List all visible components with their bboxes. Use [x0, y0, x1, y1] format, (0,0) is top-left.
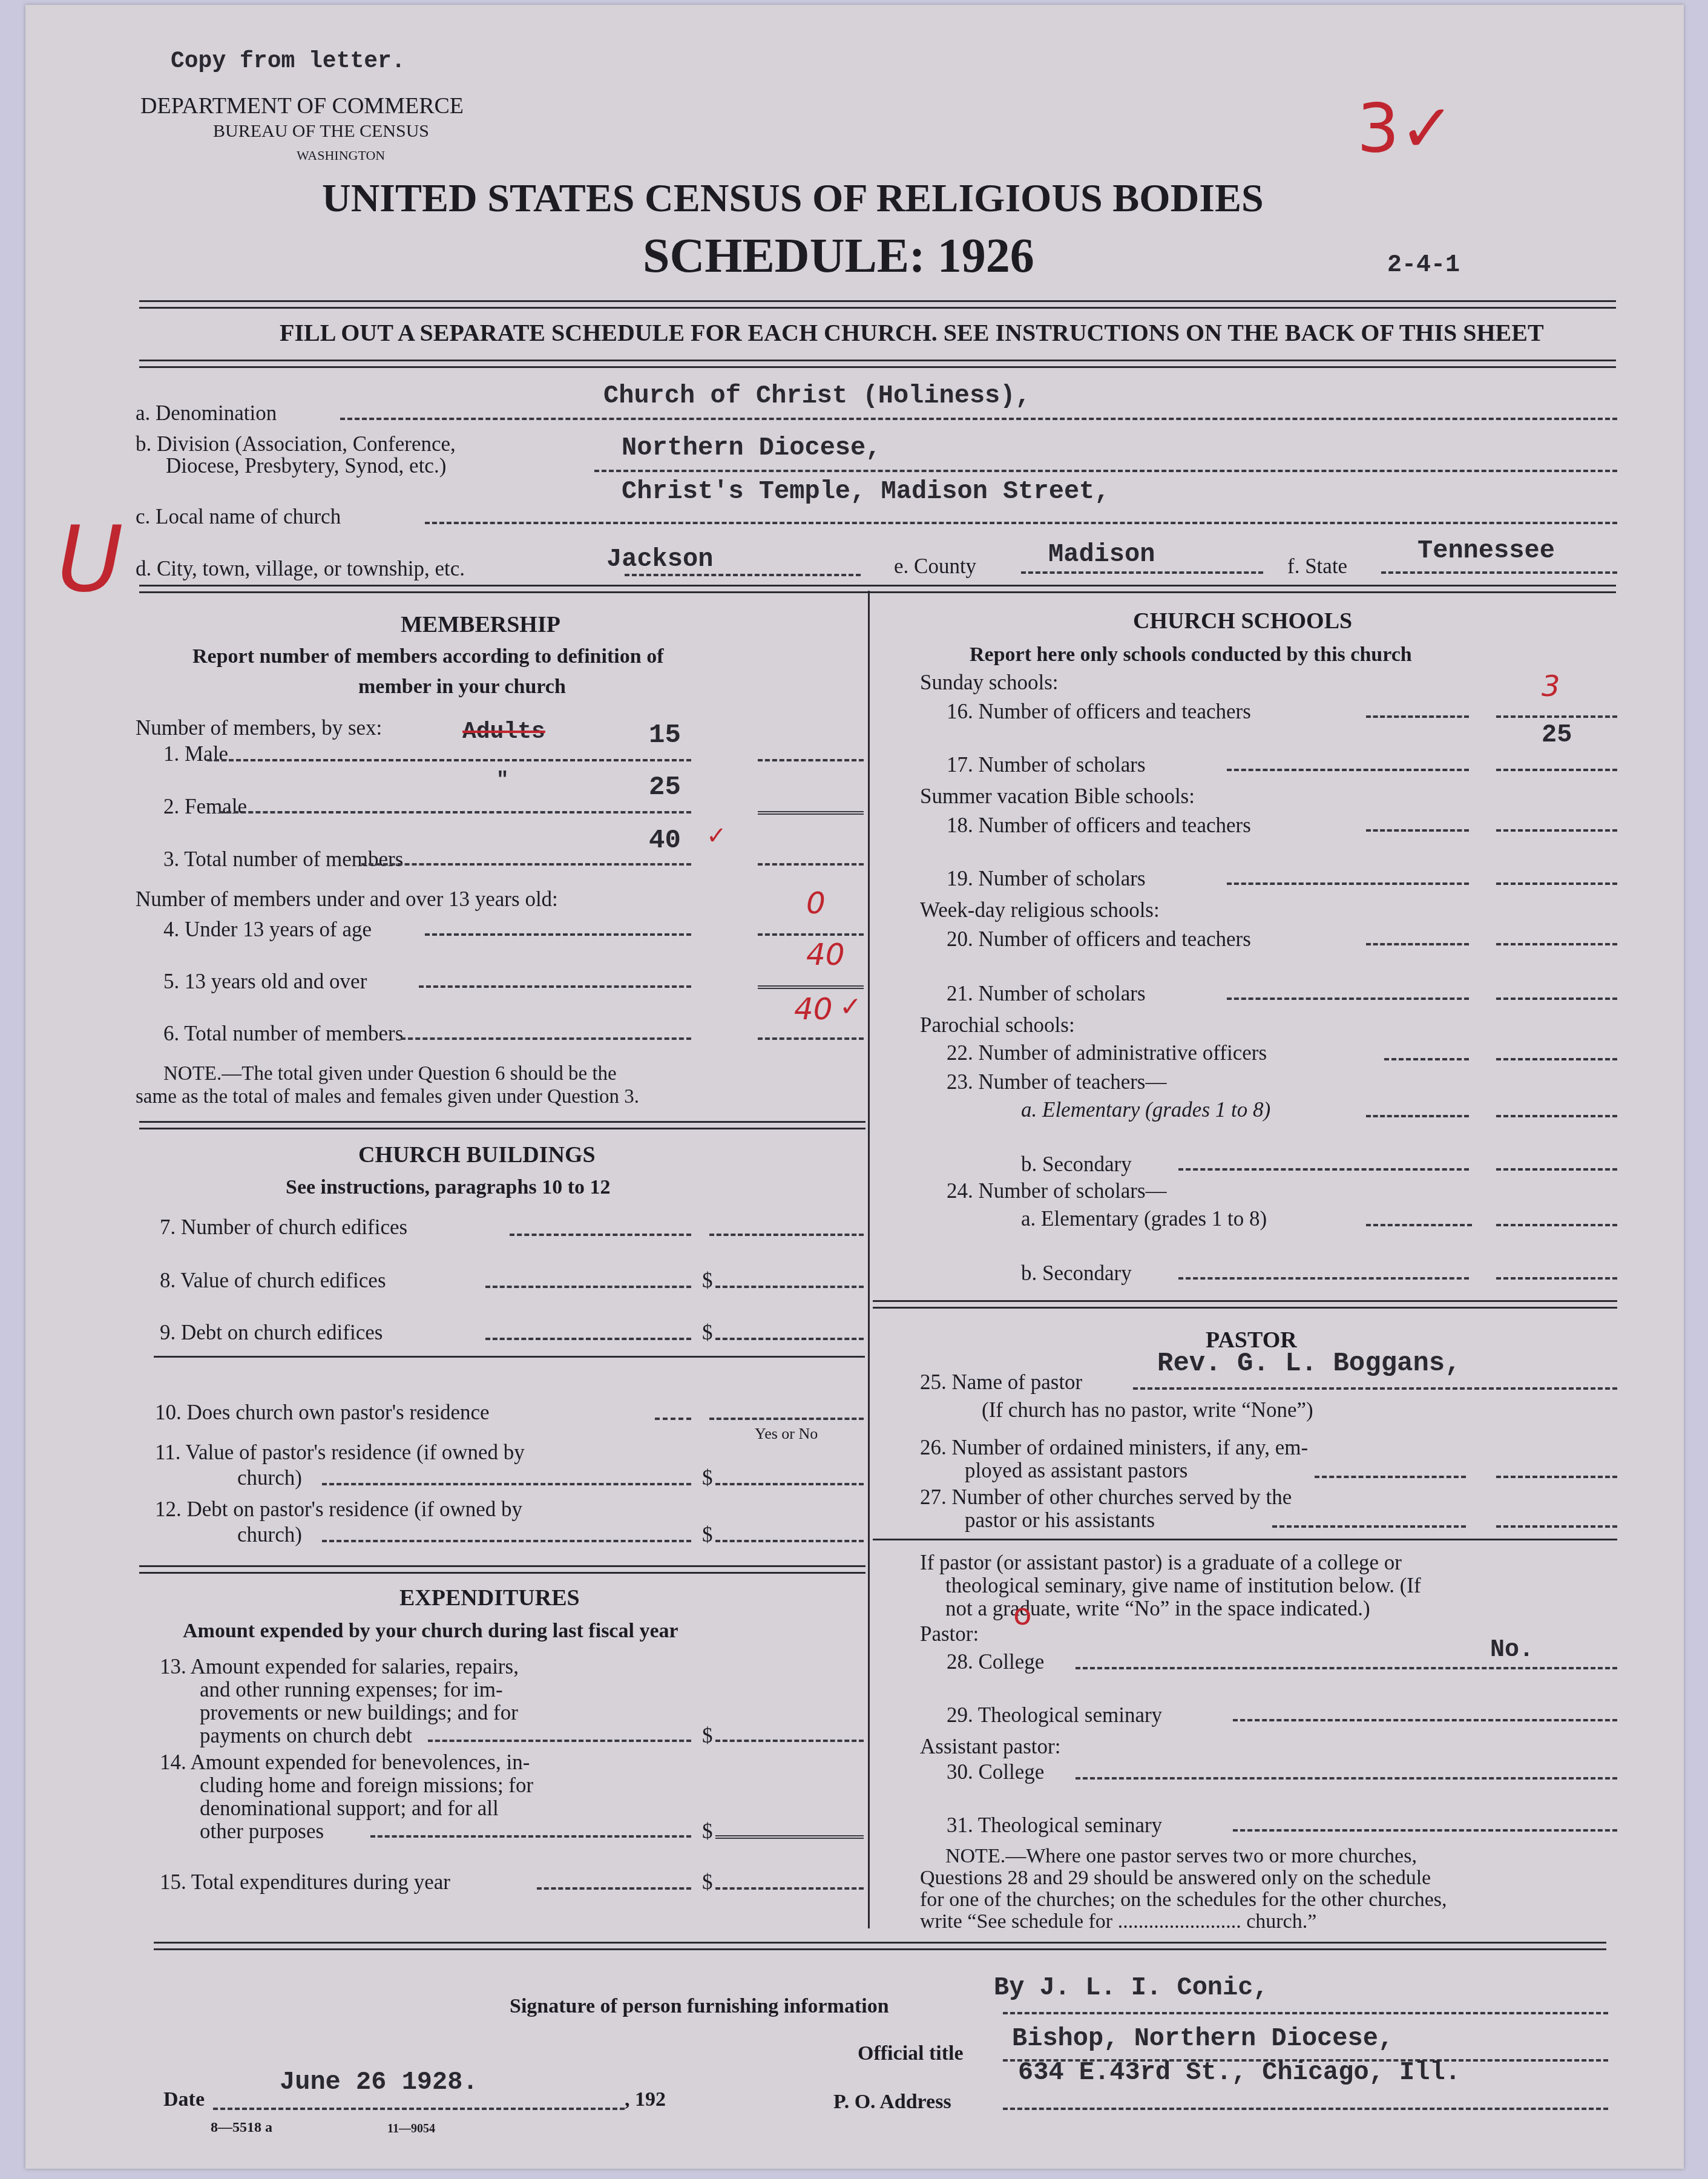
q18-label: 18. Number of officers and teachers — [947, 813, 1251, 838]
denomination-value: Church of Christ (Holiness), — [603, 381, 1031, 410]
residence-value-line — [322, 1483, 691, 1485]
residence-debt-dollar: $ — [702, 1523, 713, 1547]
q22-line — [1384, 1058, 1469, 1060]
division-label-1: b. Division (Association, Conference, — [136, 432, 456, 456]
over13-answer-line — [758, 985, 864, 989]
q26-answer-line — [1496, 1476, 1617, 1478]
under13-label: 4. Under 13 years of age — [163, 918, 372, 942]
graduate-instruction-1: If pastor (or assistant pastor) is a gra… — [920, 1551, 1402, 1575]
q20-line — [1366, 943, 1469, 945]
male-line — [207, 759, 691, 761]
q14-answer-line — [715, 1835, 864, 1839]
membership-title: MEMBERSHIP — [401, 611, 560, 638]
residence-debt-line — [322, 1540, 691, 1542]
struck-adults-word: Adults — [462, 719, 545, 745]
pastor-name-value: Rev. G. L. Boggans, — [1157, 1349, 1461, 1379]
q15-line — [537, 1887, 691, 1890]
edifices-value-dollar: $ — [702, 1269, 713, 1293]
q14-dollar: $ — [702, 1819, 713, 1844]
male-label: 1. Male — [163, 742, 228, 766]
q24-label: 24. Number of scholars— — [947, 1179, 1167, 1203]
residence-value-label-2: church) — [237, 1466, 302, 1490]
census-schedule-page: Copy from letter. DEPARTMENT OF COMMERCE… — [25, 5, 1684, 2169]
q23b-label: b. Secondary — [1021, 1152, 1132, 1177]
identification-divider — [139, 585, 1616, 593]
q21-answer-line — [1496, 997, 1617, 1000]
q23-label: 23. Number of teachers— — [947, 1070, 1166, 1094]
assistant-subheading: Assistant pastor: — [920, 1735, 1060, 1759]
q16-line — [1366, 715, 1469, 718]
form-title: UNITED STATES CENSUS OF RELIGIOUS BODIES — [322, 176, 1264, 222]
q13-line-2: and other running expenses; for im- — [200, 1678, 503, 1702]
q24a-label: a. Elementary (grades 1 to 8) — [1021, 1207, 1267, 1231]
residence-own-label: 10. Does church own pastor's residence — [155, 1401, 490, 1425]
q28-label: 28. College — [947, 1650, 1044, 1674]
total2-answer-line — [758, 1037, 864, 1040]
county-value: Madison — [1048, 540, 1155, 569]
female-label: 2. Female — [163, 795, 247, 819]
over13-label: 5. 13 years old and over — [163, 970, 367, 994]
total2-check-icon: ✓ — [839, 991, 862, 1022]
q14-line — [370, 1835, 691, 1838]
male-value: 15 — [649, 720, 681, 751]
under13-value: 0 — [806, 886, 826, 921]
membership-note-1: NOTE.—The total given under Question 6 s… — [163, 1063, 617, 1085]
q14-line-1: 14. Amount expended for benevolences, in… — [160, 1750, 530, 1775]
membership-note-2: same as the total of males and females g… — [136, 1086, 639, 1108]
q18-answer-line — [1496, 829, 1617, 832]
schools-subtitle: Report here only schools conducted by th… — [970, 643, 1412, 666]
sunday-schools-label: Sunday schools: — [920, 671, 1058, 695]
q17-answer-line — [1496, 769, 1617, 771]
weekday-schools-label: Week-day religious schools: — [920, 898, 1160, 922]
edifices-value-line — [485, 1286, 691, 1288]
graduate-instruction-3: not a graduate, write “No” in the space … — [945, 1597, 1370, 1621]
edifices-count-answer-line — [709, 1234, 864, 1236]
buildings-subtitle: See instructions, paragraphs 10 to 12 — [286, 1176, 610, 1199]
q22-label: 22. Number of administrative officers — [947, 1041, 1267, 1065]
pastor-note-2: Questions 28 and 29 should be answered o… — [920, 1867, 1431, 1890]
yes-no-hint: Yes or No — [755, 1425, 818, 1443]
q23a-answer-line — [1496, 1115, 1617, 1117]
city-value: Jackson — [606, 545, 713, 574]
date-year-prefix: , 192 — [625, 2088, 666, 2111]
q16-label: 16. Number of officers and teachers — [947, 700, 1251, 724]
red-circle-mark: o — [1013, 1597, 1032, 1632]
schools-divider — [873, 1300, 1617, 1309]
signature-value: By J. L. I. Conic, — [994, 1973, 1269, 2002]
official-title-value: Bishop, Northern Diocese, — [1012, 2024, 1393, 2053]
q27-answer-line — [1496, 1525, 1617, 1528]
po-address-value: 634 E.43rd St., Chicago, Ill. — [1018, 2058, 1460, 2087]
q14-line-4: other purposes — [200, 1819, 324, 1844]
division-line — [594, 470, 1617, 472]
total-answer-line — [758, 863, 864, 866]
schedule-year: SCHEDULE: 1926 — [643, 229, 1034, 284]
edifices-value-label: 8. Value of church edifices — [160, 1269, 386, 1293]
date-line — [213, 2108, 625, 2110]
margin-mark: U — [57, 507, 123, 613]
pastor-note-1: NOTE.—Where one pastor serves two or mor… — [945, 1845, 1417, 1868]
copy-note: Copy from letter. — [171, 48, 406, 74]
city-name: WASHINGTON — [297, 148, 385, 163]
q30-label: 30. College — [947, 1760, 1044, 1784]
q27-label-1: 27. Number of other churches served by t… — [920, 1485, 1292, 1510]
q26-label-1: 26. Number of ordained ministers, if any… — [920, 1436, 1308, 1460]
q24b-answer-line — [1496, 1277, 1617, 1280]
q15-answer-line — [715, 1887, 864, 1890]
membership-subtitle-2: member in your church — [358, 675, 566, 698]
total-line — [361, 863, 691, 866]
pastor-subheading: Pastor: — [920, 1622, 979, 1646]
local-name-label: c. Local name of church — [136, 505, 341, 529]
q28-line — [1076, 1667, 1617, 1669]
edifices-count-line — [510, 1234, 691, 1236]
ditto-mark: " — [496, 769, 508, 792]
residence-value-dollar: $ — [702, 1466, 713, 1490]
parochial-schools-label: Parochial schools: — [920, 1013, 1075, 1037]
edifices-debt-answer-line — [715, 1338, 864, 1340]
pastor-name-label: 25. Name of pastor — [920, 1370, 1082, 1395]
q27-label-2: pastor or his assistants — [965, 1508, 1155, 1533]
total2-value: 40 — [794, 991, 833, 1027]
q13-answer-line — [715, 1740, 864, 1742]
q23a-label: a. Elementary (grades 1 to 8) — [1021, 1098, 1270, 1122]
county-label: e. County — [894, 554, 976, 579]
under13-line — [425, 933, 691, 936]
q13-dollar: $ — [702, 1724, 713, 1748]
q24a-line — [1366, 1224, 1472, 1226]
q23a-line — [1366, 1115, 1469, 1117]
total-label: 3. Total number of members — [163, 847, 403, 872]
q16-value: 3 — [1542, 669, 1560, 703]
q19-line — [1227, 882, 1469, 885]
membership-divider — [139, 1121, 865, 1129]
print-number: 11—9054 — [387, 2122, 435, 2136]
q17-line — [1227, 769, 1469, 771]
q13-line-4: payments on church debt — [200, 1724, 412, 1748]
q24b-label: b. Secondary — [1021, 1261, 1132, 1286]
local-name-value: Christ's Temple, Madison Street, — [622, 477, 1110, 506]
banner-divider — [139, 360, 1616, 368]
division-value: Northern Diocese, — [622, 433, 881, 462]
buildings-title: CHURCH BUILDINGS — [358, 1142, 596, 1168]
edifices-debt-label: 9. Debt on church edifices — [160, 1321, 383, 1345]
expenditures-subtitle: Amount expended by your church during la… — [183, 1620, 678, 1643]
local-name-line — [425, 522, 1617, 524]
residence-own-answer-line — [709, 1418, 864, 1420]
division-label-2: Diocese, Presbytery, Synod, etc.) — [166, 454, 446, 478]
under13-answer-line — [758, 933, 864, 936]
total2-line — [401, 1037, 691, 1040]
state-label: f. State — [1287, 554, 1347, 579]
schools-title: CHURCH SCHOOLS — [1133, 608, 1352, 634]
buildings-inner-divider — [154, 1356, 865, 1358]
female-value: 25 — [649, 772, 681, 803]
q30-line — [1076, 1777, 1617, 1780]
q31-line — [1233, 1829, 1617, 1832]
residence-debt-label-2: church) — [237, 1523, 302, 1547]
expenditures-title: EXPENDITURES — [399, 1585, 580, 1611]
denomination-line — [340, 418, 1617, 420]
q29-line — [1233, 1719, 1617, 1721]
q19-label: 19. Number of scholars — [947, 867, 1146, 891]
q26-line — [1315, 1476, 1466, 1478]
q20-label: 20. Number of officers and teachers — [947, 927, 1251, 951]
edifices-debt-dollar: $ — [702, 1321, 713, 1345]
residence-own-line — [655, 1418, 691, 1420]
q17-value: 25 — [1542, 720, 1572, 749]
female-answer-line — [758, 811, 864, 815]
residence-debt-answer-line — [715, 1540, 864, 1542]
male-answer-line — [758, 759, 864, 761]
q23b-answer-line — [1496, 1168, 1617, 1171]
total2-label: 6. Total number of members — [163, 1022, 403, 1046]
official-title-label: Official title — [858, 2042, 964, 2065]
date-value: June 26 1928. — [280, 2068, 478, 2097]
city-label: d. City, town, village, or township, etc… — [136, 557, 465, 581]
edifices-debt-line — [485, 1338, 691, 1340]
by-sex-label: Number of members, by sex: — [136, 716, 382, 740]
denomination-label: a. Denomination — [136, 401, 277, 426]
state-value: Tennessee — [1417, 536, 1555, 565]
po-address-line — [1003, 2108, 1608, 2110]
q29-label: 29. Theological seminary — [947, 1703, 1162, 1727]
q28-value: No. — [1490, 1637, 1534, 1664]
instruction-banner: FILL OUT A SEPARATE SCHEDULE FOR EACH CH… — [280, 318, 1544, 347]
pastor-note-3: for one of the churches; on the schedule… — [920, 1888, 1447, 1911]
total-value: 40 — [649, 826, 681, 856]
q18-line — [1366, 829, 1469, 832]
membership-subtitle-1: Report number of members according to de… — [192, 645, 663, 668]
pastor-divider — [873, 1539, 1617, 1540]
state-line — [1381, 571, 1617, 574]
bureau-name: BUREAU OF THE CENSUS — [213, 121, 429, 142]
q13-line-3: provements or new buildings; and for — [200, 1701, 518, 1725]
q15-dollar: $ — [702, 1870, 713, 1895]
residence-debt-label-1: 12. Debt on pastor's residence (if owned… — [155, 1497, 522, 1522]
date-label: Date — [163, 2088, 205, 2111]
edifices-value-answer-line — [715, 1286, 864, 1288]
q13-line-1: 13. Amount expended for salaries, repair… — [160, 1655, 519, 1679]
pastor-name-line — [1133, 1387, 1617, 1390]
county-line — [1021, 571, 1263, 574]
signature-label: Signature of person furnishing informati… — [510, 1995, 889, 2018]
total-check-icon: ✓ — [706, 822, 727, 850]
q22-answer-line — [1496, 1058, 1617, 1060]
form-code: 2-4-1 — [1387, 252, 1460, 279]
footer-divider — [154, 1942, 1606, 1950]
q23b-line — [1178, 1168, 1469, 1171]
q27-line — [1272, 1525, 1466, 1528]
over13-value: 40 — [806, 937, 845, 972]
q21-line — [1227, 997, 1469, 1000]
po-address-label: P. O. Address — [833, 2091, 951, 2114]
summer-schools-label: Summer vacation Bible schools: — [920, 784, 1195, 809]
department-name: DEPARTMENT OF COMMERCE — [140, 93, 464, 119]
edifices-count-label: 7. Number of church edifices — [160, 1215, 407, 1240]
q16-answer-line — [1496, 715, 1617, 718]
age-label: Number of members under and over 13 year… — [136, 887, 558, 912]
pastor-note-4: write “See schedule for ................… — [920, 1910, 1316, 1933]
pastor-name-hint: (If church has no pastor, write “None”) — [982, 1398, 1313, 1422]
form-number: 8—5518 a — [211, 2120, 272, 2136]
q26-label-2: ployed as assistant pastors — [965, 1459, 1187, 1483]
buildings-divider — [139, 1565, 865, 1574]
q14-line-3: denominational support; and for all — [200, 1796, 499, 1821]
q20-answer-line — [1496, 943, 1617, 945]
female-line — [219, 811, 691, 813]
q13-line — [428, 1740, 691, 1742]
residence-value-answer-line — [715, 1483, 864, 1485]
column-divider — [868, 591, 870, 1928]
q14-line-2: cluding home and foreign missions; for — [200, 1773, 533, 1798]
residence-value-label-1: 11. Value of pastor's residence (if owne… — [155, 1441, 525, 1465]
q15-label: 15. Total expenditures during year — [160, 1870, 450, 1895]
graduate-instruction-2: theological seminary, give name of insti… — [945, 1574, 1421, 1598]
q24a-answer-line — [1496, 1224, 1617, 1226]
q31-label: 31. Theological seminary — [947, 1813, 1162, 1838]
q24b-line — [1178, 1277, 1469, 1280]
city-line — [625, 574, 861, 576]
q17-label: 17. Number of scholars — [947, 753, 1146, 777]
red-check-mark: 3✓ — [1357, 90, 1455, 167]
q19-answer-line — [1496, 882, 1617, 885]
header-divider — [139, 300, 1616, 309]
signature-line — [1003, 2012, 1608, 2014]
q21-label: 21. Number of scholars — [947, 982, 1146, 1006]
over13-line — [419, 985, 691, 988]
